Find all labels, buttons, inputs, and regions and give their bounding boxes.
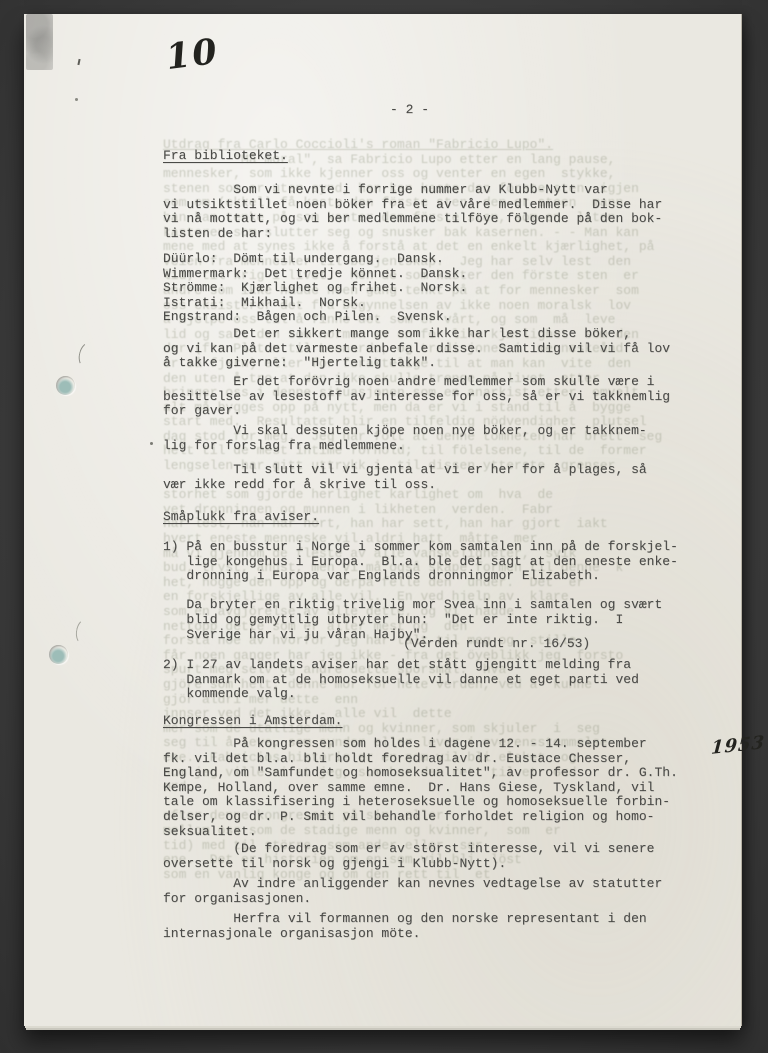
paragraph-translations: (De foredrag som er av störst interesse,…: [163, 842, 654, 871]
paragraph-statutes: Av indre anliggender kan nevnes vedtagel…: [163, 877, 662, 906]
clipping-item-1: 1) På en busstur i Norge i sommer kom sa…: [163, 540, 678, 642]
photo-background: Utdrag fra Carlo Coccioli's roman "Fabri…: [0, 0, 768, 1053]
handwritten-year-annotation: 1953: [710, 732, 765, 759]
ink-speck: [75, 98, 78, 101]
paragraph-congress: På kongressen som holdes i dagene 12. - …: [163, 737, 678, 839]
clipping-item-2: 2) I 27 av landets aviser har det stått …: [163, 658, 639, 702]
punch-hole: [49, 645, 68, 664]
paragraph-new-books: Vi skal dessuten kjöpe noen nye böker, o…: [163, 424, 647, 453]
paragraph-chairman: Herfra vil formannen og den norske repre…: [163, 912, 647, 941]
typed-page-number: - 2 -: [390, 103, 429, 118]
paragraph-write-to-us: Til slutt vil vi gjenta at vi er her for…: [163, 463, 647, 492]
section-heading-library: Fra biblioteket.: [163, 149, 288, 164]
clipping-source: (Verden rundt nr. 16/53): [403, 637, 590, 652]
section-heading-congress: Kongressen i Amsterdam.: [163, 714, 342, 729]
ink-speck: [77, 59, 80, 65]
book-list: Düürlo: Dömt til undergang. Dansk. Wimme…: [163, 252, 467, 325]
ink-speck: [150, 442, 153, 445]
paragraph-donations: Er det forövrig noen andre medlemmer som…: [163, 375, 670, 419]
document-page: Utdrag fra Carlo Coccioli's roman "Fabri…: [24, 14, 742, 1026]
tape-residue-mark: [26, 14, 53, 70]
paragraph-intro: Som vi nevnte i forrige nummer av Klubb-…: [163, 183, 662, 241]
handwritten-page-number: 10: [164, 31, 221, 78]
punch-hole: [56, 376, 75, 395]
pen-crescent-mark: [74, 618, 94, 646]
paragraph-recommendation: Det er sikkert mange som ikke har lest d…: [163, 327, 670, 371]
pen-crescent-mark: [76, 340, 99, 369]
section-heading-clippings: Småplukk fra aviser.: [163, 510, 319, 525]
